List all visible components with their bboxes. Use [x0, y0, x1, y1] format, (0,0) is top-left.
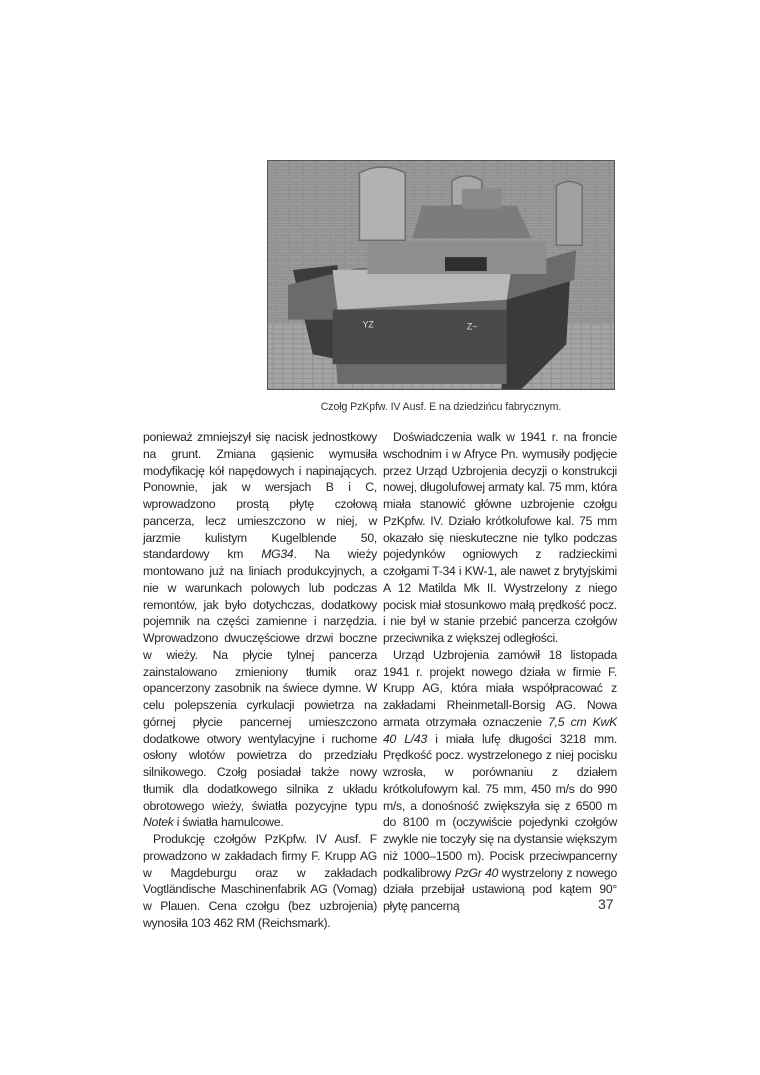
italic-term: Notek: [143, 815, 174, 829]
svg-text:Z~: Z~: [467, 322, 478, 332]
tank-photo-graphic: YZ Z~: [268, 161, 614, 389]
right-paragraph-2: Urząd Uzbrojenia zamówił 18 listopada 19…: [383, 647, 617, 915]
italic-term: PzGr 40: [455, 866, 498, 880]
right-paragraph-1: Doświadczenia walk w 1941 r. na froncie …: [383, 429, 617, 647]
svg-text:YZ: YZ: [362, 320, 374, 330]
text-run: i miała lufę długości 3218 mm. Prędkość …: [383, 732, 617, 880]
left-paragraph-2: Produkcję czołgów PzKpfw. IV Ausf. F pro…: [143, 831, 377, 932]
left-paragraph-1: ponieważ zmniejszył się nacisk jednostko…: [143, 429, 377, 831]
page-number: 37: [598, 896, 614, 912]
text-run: i światła hamulcowe.: [174, 815, 284, 829]
left-text-column: ponieważ zmniejszył się nacisk jednostko…: [143, 429, 377, 932]
text-run: . Na wieży montowano już na liniach prod…: [143, 547, 377, 812]
right-text-column: Doświadczenia walk w 1941 r. na froncie …: [383, 429, 617, 915]
figure-caption: Czołg PzKpfw. IV Ausf. E na dziedzińcu f…: [267, 401, 615, 413]
text-run: ponieważ zmniejszył się nacisk jednostko…: [143, 430, 377, 561]
tank-photo: YZ Z~: [267, 160, 615, 390]
italic-term: MG34: [261, 547, 293, 561]
